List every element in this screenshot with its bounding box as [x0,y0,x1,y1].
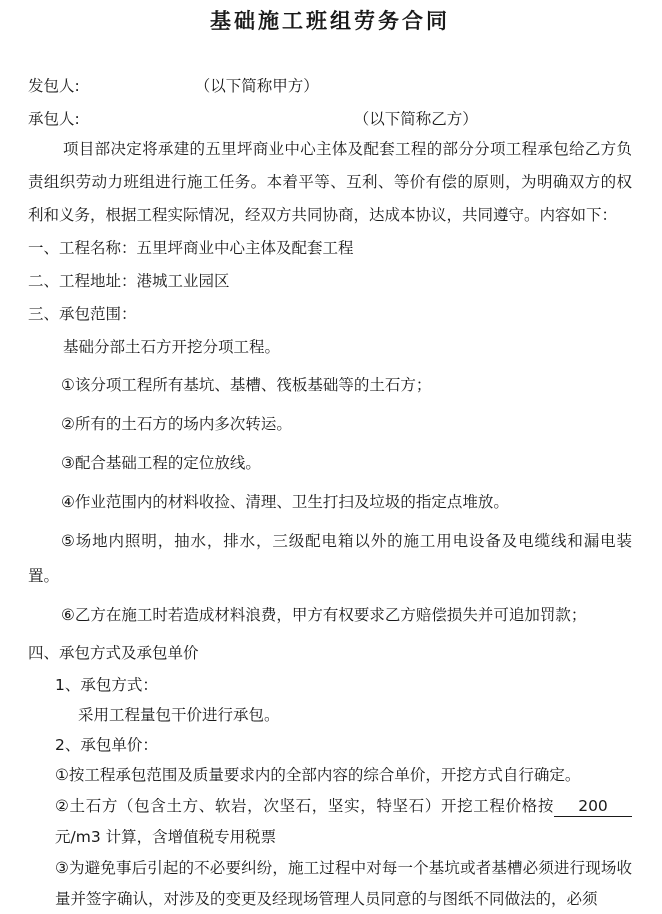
clause-1-project-name: 一、工程名称：五里坪商业中心主体及配套工程 [28,232,632,265]
price-item-3: ③为避免事后引起的不必要纠纷，施工过程中对每一个基坑或者基槽必须进行现场收量并签… [55,853,632,914]
intro-paragraph: 项目部决定将承建的五里坪商业中心主体及配套工程的部分分项工程承包给乙方负责组织劳… [28,133,632,232]
clause-4-sub2-heading: 2、承包单价： [55,730,632,760]
price-item-2-suffix: 元/m3 计算，含增值税专用税票 [55,828,276,846]
scope-item-6: ⑥乙方在施工时若造成材料浪费，甲方有权要求乙方赔偿损失并可追加罚款； [28,598,632,633]
clause-3-scope-intro: 基础分部土石方开挖分项工程。 [28,331,632,364]
party-a-label: 发包人: [28,77,80,95]
party-b-line: 承包人:（以下简称乙方） [28,109,632,129]
scope-item-2: ②所有的土石方的场内多次转运。 [28,407,632,442]
party-a-note: （以下简称甲方） [195,77,319,95]
scope-item-3: ③配合基础工程的定位放线。 [28,446,632,481]
scope-item-5: ⑤场地内照明，抽水，排水，三级配电箱以外的施工用电设备及电缆线和漏电装置。 [28,524,632,594]
clause-4-sub1-text: 采用工程量包干价进行承包。 [78,700,632,730]
clause-4-sub1-heading: 1、承包方式： [55,670,632,700]
price-item-1: ①按工程承包范围及质量要求内的全部内容的综合单价，开挖方式自行确定。 [55,760,632,791]
clause-4-heading: 四、承包方式及承包单价 [28,637,632,670]
contract-document-page: 基础施工班组劳务合同 发包人:（以下简称甲方） 承包人:（以下简称乙方） 项目部… [0,0,662,914]
price-item-2: ②土石方（包含土方、软岩，次坚石，坚实，特坚石）开挖工程价格按200元/m3 计… [55,791,632,853]
price-item-2-prefix: ②土石方（包含土方、软岩，次坚石，坚实，特坚石）开挖工程价格按 [55,797,554,815]
clause-3-scope-heading: 三、承包范围： [28,298,632,331]
clause-2-project-address: 二、工程地址：港城工业园区 [28,265,632,298]
price-blank-value: 200 [554,797,632,817]
scope-item-4: ④作业范围内的材料收捡、清理、卫生打扫及垃圾的指定点堆放。 [28,485,632,520]
party-b-label: 承包人: [28,110,80,128]
document-title: 基础施工班组劳务合同 [28,6,632,36]
party-a-line: 发包人:（以下简称甲方） [28,76,632,96]
scope-item-1: ①该分项工程所有基坑、基槽、筏板基础等的土石方； [28,368,632,403]
party-b-note: （以下简称乙方） [354,110,478,128]
